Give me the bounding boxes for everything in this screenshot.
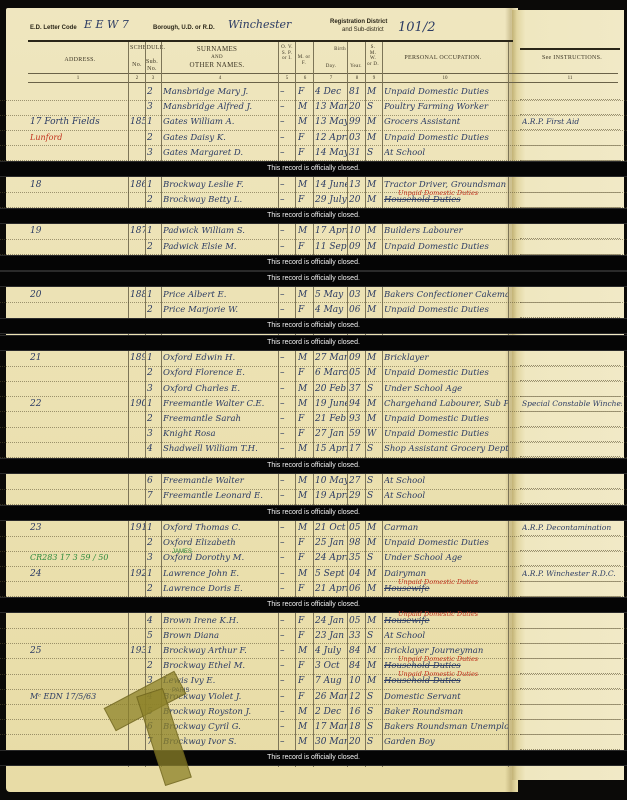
cell-day: 3 Oct	[315, 659, 347, 673]
col-sub-no: Sub. No.	[146, 59, 158, 72]
header-rule-right	[520, 48, 620, 50]
cell-sex: M	[298, 397, 312, 411]
cell-smwd: M	[367, 536, 381, 550]
cell-year: 98	[349, 536, 365, 550]
cell-smwd: M	[367, 193, 381, 207]
table-row: 2Brockway Ethel M.–F3 Oct84MHousehold Du…	[0, 659, 627, 675]
cell-smwd: S	[367, 720, 381, 734]
cell-occ: Unpaid Domestic Duties	[384, 412, 508, 426]
cell-year: 12	[349, 690, 365, 704]
closed-record-bar: This record is officially closed.	[0, 271, 627, 287]
cell-occ: Bakers Roundsman Unemployed	[384, 720, 508, 734]
red-correction-annotation: Unpaid Domestic Duties	[398, 575, 478, 589]
red-correction-annotation: Unpaid Domestic Duties	[398, 607, 478, 621]
cell-name: Gates Margaret D.	[163, 146, 277, 160]
cell-sex: M	[298, 288, 312, 302]
cell-sub: 3	[147, 100, 160, 114]
cell-ovspi: –	[280, 551, 294, 565]
table-row: 3Mansbridge Alfred J.–M13 March20SPoultr…	[0, 100, 627, 116]
cell-smwd: M	[367, 412, 381, 426]
cell-smwd: S	[367, 442, 381, 456]
cell-year: 05	[349, 366, 365, 380]
cell-ovspi: –	[280, 567, 294, 581]
cell-year: 18	[349, 720, 365, 734]
cell-sub: 1	[147, 351, 160, 365]
cell-occ: Unpaid Domestic Duties	[384, 366, 508, 380]
cell-year: 93	[349, 412, 365, 426]
cell-year: 35	[349, 551, 365, 565]
cell-sex: F	[298, 146, 312, 160]
cell-smwd: M	[367, 178, 381, 192]
cell-sex: M	[298, 567, 312, 581]
cell-occ: Unpaid Domestic Duties	[384, 131, 508, 145]
col-year: Year.	[348, 64, 364, 70]
cell-sub: 5	[147, 629, 160, 643]
cell-smwd: M	[367, 288, 381, 302]
cell-occ: Builders Labourer	[384, 224, 508, 238]
table-row: 5Brown Diana–F23 Jan33SAt School	[0, 629, 627, 645]
cell-day: 4 May	[315, 303, 347, 317]
cell-sub: 1	[147, 115, 160, 129]
table-row: 4Brown Irene K.H.–F24 Jan05MHousewifeUnp…	[0, 614, 627, 630]
column-number: 4	[216, 76, 224, 81]
cell-sub: 3	[147, 551, 160, 565]
cell-sub: 1	[147, 521, 160, 535]
cell-occ: At School	[384, 146, 508, 160]
reg-district-label-2: and Sub-district	[342, 27, 384, 33]
cell-ovspi: –	[280, 720, 294, 734]
table-row: 7Brockway Ivor S.–M30 March20SGarden Boy	[0, 735, 627, 751]
cell-name: Freemantle Walter C.E.	[163, 397, 277, 411]
closed-record-bar: This record is officially closed.	[0, 208, 627, 224]
cell-name: Brockway Leslie F.	[163, 178, 277, 192]
cell-day: 14 May	[315, 146, 347, 160]
cell-ovspi: –	[280, 442, 294, 456]
cell-name: Shadwell William T.H.	[163, 442, 277, 456]
cell-name: Price Marjorie W.	[163, 303, 277, 317]
cell-day: 25 Jan	[315, 536, 347, 550]
table-row: 6Freemantle Walter–M10 May27SAt School	[0, 474, 627, 490]
cell-ovspi: –	[280, 131, 294, 145]
cell-occ: Bakers Confectioner Cakemaker	[384, 288, 508, 302]
cell-instr: A.R.P. Decontamination	[522, 521, 622, 535]
cell-smwd: M	[367, 521, 381, 535]
cell-sex: M	[298, 735, 312, 749]
cell-smwd: S	[367, 382, 381, 396]
cell-address: 19	[30, 224, 126, 238]
cell-name: Gates William A.	[163, 115, 277, 129]
cell-address: 20	[30, 288, 126, 302]
cell-sex: M	[298, 644, 312, 658]
cell-name: Gates Daisy K.	[163, 131, 277, 145]
table-row: 201881Price Albert E.–M5 May03MBakers Co…	[0, 288, 627, 304]
cell-smwd: M	[367, 659, 381, 673]
cell-year: 20	[349, 735, 365, 749]
cell-ovspi: –	[280, 489, 294, 503]
cell-name: Brown Irene K.H.	[163, 614, 277, 628]
cell-name: Lawrence John E.	[163, 567, 277, 581]
cell-day: 13 May	[315, 115, 347, 129]
cell-year: 05	[349, 614, 365, 628]
column-number: 9	[370, 76, 378, 81]
cell-name: Mansbridge Mary J.	[163, 85, 277, 99]
cell-sex: M	[298, 351, 312, 365]
cell-year: 04	[349, 567, 365, 581]
cell-instr: A.R.P. Winchester R.D.C.	[522, 567, 622, 581]
cell-day: 10 May	[315, 474, 347, 488]
cell-day: 5 May	[315, 288, 347, 302]
cell-year: 29	[349, 489, 365, 503]
cell-sub: 3	[147, 382, 160, 396]
table-row: 221901Freemantle Walter C.E.–M19 June94M…	[0, 397, 627, 413]
cell-ovspi: –	[280, 115, 294, 129]
cell-address: 24	[30, 567, 126, 581]
cell-name: Freemantle Sarah	[163, 412, 277, 426]
col-smwd: S. M. W. or D.	[367, 45, 379, 67]
cell-sub: 1	[147, 224, 160, 238]
column-number: 11	[566, 76, 574, 81]
cell-occ: Grocers Assistant	[384, 115, 508, 129]
table-row: 241921Lawrence John E.–M5 Sept04MDairyma…	[0, 567, 627, 583]
table-row: 2Oxford Elizabeth–F25 Jan98MUnpaid Domes…	[0, 536, 627, 552]
closed-record-bar: This record is officially closed.	[0, 318, 627, 334]
cell-sub: 1	[147, 567, 160, 581]
cell-day: 5 Sept	[315, 567, 347, 581]
cell-day: 14 June	[315, 178, 347, 192]
cell-ovspi: –	[280, 674, 294, 688]
cell-day: 30 March	[315, 735, 347, 749]
cell-year: 27	[349, 474, 365, 488]
table-row: 211891Oxford Edwin H.–M27 March09MBrickl…	[0, 351, 627, 367]
table-row: 2Brockway Betty L.–F29 July20MHousehold …	[0, 193, 627, 209]
cell-address: 23	[30, 521, 126, 535]
table-row: 3Lewis Ivy E.–F7 Aug10MHousehold DutiesU…	[0, 674, 627, 690]
cell-sub: 1	[147, 644, 160, 658]
cell-sex: F	[298, 85, 312, 99]
cell-name: Brockway Royston J.	[163, 705, 277, 719]
cell-name: Mansbridge Alfred J.	[163, 100, 277, 114]
table-row: 181861Brockway Leslie F.–M14 June13MTrac…	[0, 178, 627, 194]
cell-name: Padwick William S.	[163, 224, 277, 238]
borough-value: Winchester	[228, 18, 291, 31]
ed-letter-code-label: E.D. Letter Code	[30, 25, 77, 31]
col-day: Day.	[316, 64, 346, 70]
cell-ovspi: –	[280, 146, 294, 160]
cell-ovspi: –	[280, 614, 294, 628]
table-row: Mᶜ EDN 17/5/634Brockway Violet J.–F26 Ma…	[0, 690, 627, 706]
cell-smwd: S	[367, 489, 381, 503]
table-row: CR283 17 3 59 / 503Oxford Dorothy M.–F24…	[0, 551, 627, 567]
cell-smwd: M	[367, 240, 381, 254]
cell-sub: 1	[147, 288, 160, 302]
col-m-or-f: M. or F.	[297, 55, 311, 66]
col-surnames: SURNAMES	[162, 46, 272, 54]
cell-name: Oxford Edwin H.	[163, 351, 277, 365]
cell-name: Oxford Thomas C.	[163, 521, 277, 535]
cell-year: 33	[349, 629, 365, 643]
cell-ovspi: –	[280, 193, 294, 207]
cell-ovspi: –	[280, 659, 294, 673]
cell-smwd: M	[367, 644, 381, 658]
column-number: 5	[283, 76, 291, 81]
col-schedule: SCHEDULE.	[130, 45, 158, 52]
col-occupation: PERSONAL OCCUPATION.	[384, 55, 502, 62]
cell-sub: 1	[147, 178, 160, 192]
cell-sub: 2	[147, 85, 160, 99]
header-rule	[28, 40, 513, 42]
cell-ovspi: –	[280, 536, 294, 550]
cell-sex: M	[298, 442, 312, 456]
cell-year: 10	[349, 674, 365, 688]
cell-year: 13	[349, 178, 365, 192]
cell-year: 06	[349, 303, 365, 317]
cell-sex: M	[298, 382, 312, 396]
table-row: 2Price Marjorie W.–F4 May06MUnpaid Domes…	[0, 303, 627, 319]
table-row: 2Mansbridge Mary J.–F4 Dec81MUnpaid Dome…	[0, 85, 627, 101]
cell-sched: 192	[130, 567, 145, 581]
cell-name: Freemantle Leonard E.	[163, 489, 277, 503]
cell-year: 17	[349, 442, 365, 456]
cell-occ: Under School Age	[384, 382, 508, 396]
cell-ovspi: –	[280, 303, 294, 317]
red-correction-annotation: Unpaid Domestic Duties	[398, 667, 478, 681]
cell-year: 09	[349, 240, 365, 254]
cell-sex: F	[298, 582, 312, 596]
cell-sex: M	[298, 224, 312, 238]
cell-day: 13 March	[315, 100, 347, 114]
cell-day: 20 Feb	[315, 382, 347, 396]
cell-day: 12 April	[315, 131, 347, 145]
cell-sched: 193	[130, 644, 145, 658]
cell-smwd: S	[367, 690, 381, 704]
cell-day: 26 March	[315, 690, 347, 704]
cell-name: Brockway Betty L.	[163, 193, 277, 207]
table-row: 7Freemantle Leonard E.–M19 April29SAt Sc…	[0, 489, 627, 505]
table-row: 251931Brockway Arthur F.–M4 July84MBrick…	[0, 644, 627, 660]
cell-year: 94	[349, 397, 365, 411]
col-instructions: See INSTRUCTIONS.	[522, 55, 622, 62]
cell-sub: 2	[147, 193, 160, 207]
cell-ovspi: –	[280, 382, 294, 396]
cell-smwd: M	[367, 85, 381, 99]
cell-sex: F	[298, 659, 312, 673]
cell-sex: M	[298, 720, 312, 734]
red-correction-annotation: Unpaid Domestic Duties	[398, 652, 478, 666]
cell-ovspi: –	[280, 705, 294, 719]
table-row: 191871Padwick William S.–M17 April10MBui…	[0, 224, 627, 240]
cell-sub: 2	[147, 412, 160, 426]
cell-ovspi: –	[280, 412, 294, 426]
cell-sched: 185	[130, 115, 145, 129]
ed-letter-code-value: E E W 7	[84, 18, 129, 31]
cell-sex: F	[298, 614, 312, 628]
cell-sex: M	[298, 100, 312, 114]
cell-smwd: S	[367, 146, 381, 160]
cell-sex: F	[298, 551, 312, 565]
cell-year: 06	[349, 582, 365, 596]
cell-sched: 186	[130, 178, 145, 192]
cell-instr: Special Constable Winchester	[522, 397, 622, 411]
borough-label: Borough, U.D. or R.D.	[153, 25, 215, 31]
cell-occ: Under School Age	[384, 551, 508, 565]
cell-sub: 2	[147, 536, 160, 550]
cell-smwd: M	[367, 397, 381, 411]
cell-sex: M	[298, 115, 312, 129]
col-birth: Birth	[316, 47, 364, 53]
cell-address: 17 Forth Fields	[30, 115, 126, 129]
cell-occ: Chargehand Labourer, Sub Physical Health	[384, 397, 508, 411]
cell-smwd: M	[367, 614, 381, 628]
cell-day: 24 Jan	[315, 614, 347, 628]
cell-year: 99	[349, 115, 365, 129]
table-row: Lunford2Gates Daisy K.–F12 April03MUnpai…	[0, 131, 627, 147]
cell-smwd: S	[367, 100, 381, 114]
cell-ovspi: –	[280, 351, 294, 365]
cell-sex: F	[298, 303, 312, 317]
cell-ovspi: –	[280, 178, 294, 192]
table-row: 2Padwick Elsie M.–F11 Sept09MUnpaid Dome…	[0, 240, 627, 256]
cell-occ: Unpaid Domestic Duties	[384, 427, 508, 441]
cell-year: 84	[349, 644, 365, 658]
closed-record-bar: This record is officially closed.	[0, 458, 627, 474]
cell-sex: F	[298, 427, 312, 441]
cell-ovspi: –	[280, 644, 294, 658]
cell-year: 84	[349, 659, 365, 673]
cell-ovspi: –	[280, 224, 294, 238]
cell-sex: F	[298, 629, 312, 643]
cell-address: 18	[30, 178, 126, 192]
cell-sex: F	[298, 131, 312, 145]
cell-day: 15 April	[315, 442, 347, 456]
cell-smwd: S	[367, 705, 381, 719]
cell-year: 59	[349, 427, 365, 441]
table-row: 2Freemantle Sarah–F21 Feb93MUnpaid Domes…	[0, 412, 627, 428]
cell-address: 25	[30, 644, 126, 658]
cell-ovspi: –	[280, 735, 294, 749]
cell-smwd: S	[367, 551, 381, 565]
table-row: 3Oxford Charles E.–M20 Feb37SUnder Schoo…	[0, 382, 627, 398]
cell-year: 10	[349, 224, 365, 238]
cell-day: 29 July	[315, 193, 347, 207]
cell-smwd: M	[367, 351, 381, 365]
table-row: 3Gates Margaret D.–F14 May31SAt School	[0, 146, 627, 162]
cell-name: Brockway Arthur F.	[163, 644, 277, 658]
cell-smwd: M	[367, 115, 381, 129]
cell-ovspi: –	[280, 690, 294, 704]
cell-year: 09	[349, 351, 365, 365]
cell-sex: F	[298, 536, 312, 550]
cell-year: 37	[349, 382, 365, 396]
cell-sub: 2	[147, 131, 160, 145]
red-correction-annotation: Unpaid Domestic Duties	[398, 186, 478, 200]
cell-sub: 2	[147, 240, 160, 254]
reg-district-value: 101/2	[398, 20, 435, 35]
closed-record-bar: This record is officially closed.	[0, 750, 627, 766]
cell-day: 21 Feb	[315, 412, 347, 426]
cell-sched: 188	[130, 288, 145, 302]
cell-day: 4 July	[315, 644, 347, 658]
col-no: No.	[130, 62, 144, 69]
cell-day: 19 April	[315, 489, 347, 503]
column-number: 6	[301, 76, 309, 81]
cell-name: Oxford Charles E.	[163, 382, 277, 396]
cell-sub: 4	[147, 442, 160, 456]
cell-sched: 189	[130, 351, 145, 365]
cell-day: 21 April	[315, 582, 347, 596]
closed-record-bar: This record is officially closed.	[0, 597, 627, 613]
cell-occ: Domestic Servant	[384, 690, 508, 704]
cell-ovspi: –	[280, 85, 294, 99]
cell-sub: 2	[147, 582, 160, 596]
cell-day: 23 Jan	[315, 629, 347, 643]
header-rule-lower	[28, 73, 618, 74]
cell-smwd: S	[367, 474, 381, 488]
column-number: 2	[133, 76, 141, 81]
cell-sex: M	[298, 474, 312, 488]
column-number: 10	[441, 76, 449, 81]
cell-day: 21 Oct	[315, 521, 347, 535]
cell-smwd: S	[367, 735, 381, 749]
cell-sub: 1	[147, 397, 160, 411]
cell-ovspi: –	[280, 474, 294, 488]
cell-smwd: M	[367, 674, 381, 688]
table-row: 4Shadwell William T.H.–M15 April17SShop …	[0, 442, 627, 458]
cell-sex: F	[298, 366, 312, 380]
cell-day: 11 Sept	[315, 240, 347, 254]
cell-year: 20	[349, 100, 365, 114]
cell-address: Mᶜ EDN 17/5/63	[30, 690, 126, 704]
cell-ovspi: –	[280, 582, 294, 596]
cell-occ: Baker Roundsman	[384, 705, 508, 719]
cell-ovspi: –	[280, 427, 294, 441]
column-number: 1	[74, 76, 82, 81]
cell-smwd: M	[367, 366, 381, 380]
cell-occ: At School	[384, 629, 508, 643]
col-and: AND	[162, 55, 272, 61]
cell-smwd: M	[367, 224, 381, 238]
cell-sub: 6	[147, 474, 160, 488]
cell-sub: 2	[147, 659, 160, 673]
closed-record-bar: This record is officially closed.	[0, 335, 627, 351]
cell-name: Oxford Florence E.	[163, 366, 277, 380]
cell-day: 2 Dec	[315, 705, 347, 719]
cell-occ: Shop Assistant Grocery Dept	[384, 442, 508, 456]
cell-occ: Bricklayer	[384, 351, 508, 365]
cell-ovspi: –	[280, 288, 294, 302]
cell-smwd: M	[367, 131, 381, 145]
cell-name: Brown Diana	[163, 629, 277, 643]
cell-sex: F	[298, 674, 312, 688]
cell-sex: M	[298, 489, 312, 503]
cell-occ: At School	[384, 474, 508, 488]
cell-year: 20	[349, 193, 365, 207]
table-row: 3Knight Rosa–F27 Jan59WUnpaid Domestic D…	[0, 427, 627, 443]
cell-smwd: M	[367, 303, 381, 317]
cell-instr: A.R.P. First Aid	[522, 115, 622, 129]
cell-day: 6 March	[315, 366, 347, 380]
cell-ovspi: –	[280, 366, 294, 380]
cell-occ: Poultry Farming Worker	[384, 100, 508, 114]
cell-name: Padwick Elsie M.	[163, 240, 277, 254]
cell-occ: Unpaid Domestic Duties	[384, 536, 508, 550]
cell-occ: At School	[384, 489, 508, 503]
cell-smwd: M	[367, 567, 381, 581]
cell-smwd: W	[367, 427, 381, 441]
closed-record-bar: This record is officially closed.	[0, 161, 627, 177]
cell-sched: 191	[130, 521, 145, 535]
cell-sex: F	[298, 690, 312, 704]
cell-occ: Carman	[384, 521, 508, 535]
